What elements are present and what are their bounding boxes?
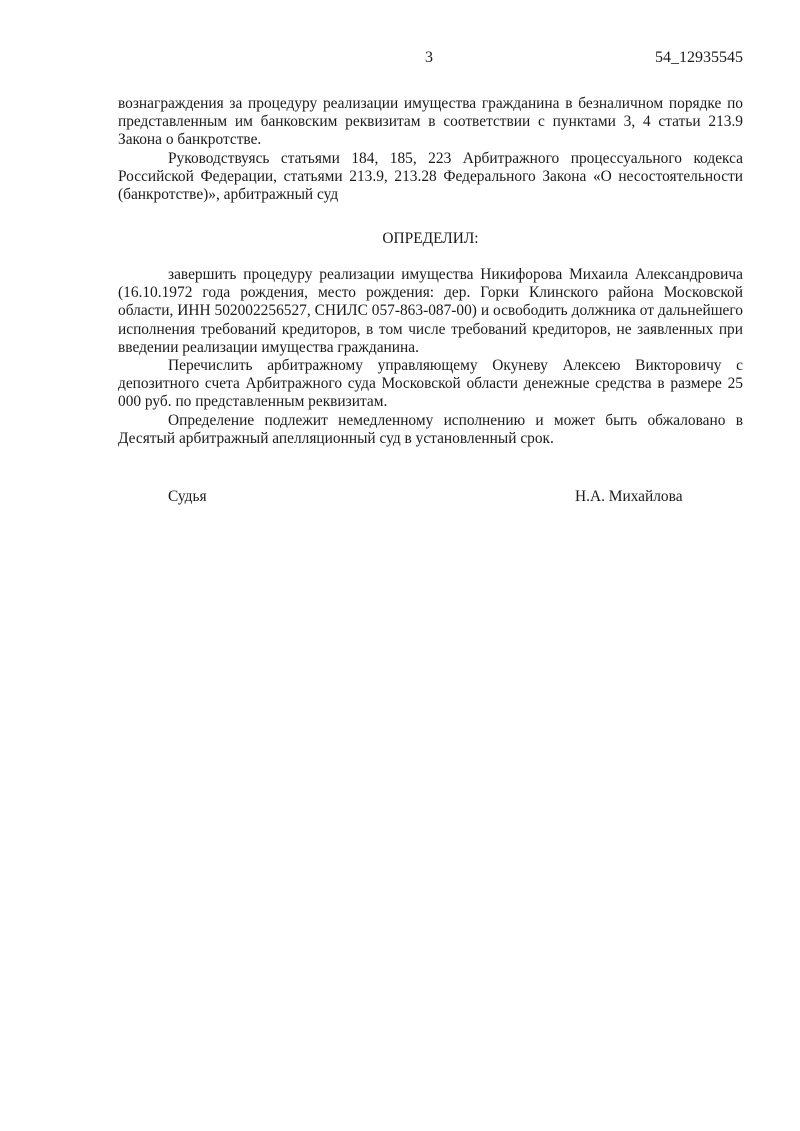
ruling-paragraph-complete-procedure: завершить процедуру реализации имущества… [118,266,743,357]
intro-paragraph-continuation: вознаграждения за процедуру реализации и… [118,95,743,150]
ruling-heading: ОПРЕДЕЛИЛ: [118,230,743,248]
intro-paragraph-legal-basis: Руководствуясь статьями 184, 185, 223 Ар… [118,150,743,205]
intro-section: вознаграждения за процедуру реализации и… [118,95,743,204]
ruling-section: завершить процедуру реализации имущества… [118,266,743,448]
ruling-paragraph-appeal: Определение подлежит немедленному исполн… [118,412,743,448]
signature-name: Н.А. Михайлова [575,488,683,506]
ruling-paragraph-transfer-funds: Перечислить арбитражному управляющему Ок… [118,357,743,412]
document-id: 54_12935545 [655,48,743,68]
signature-title: Судья [168,488,207,506]
page-number: 3 [425,48,433,68]
